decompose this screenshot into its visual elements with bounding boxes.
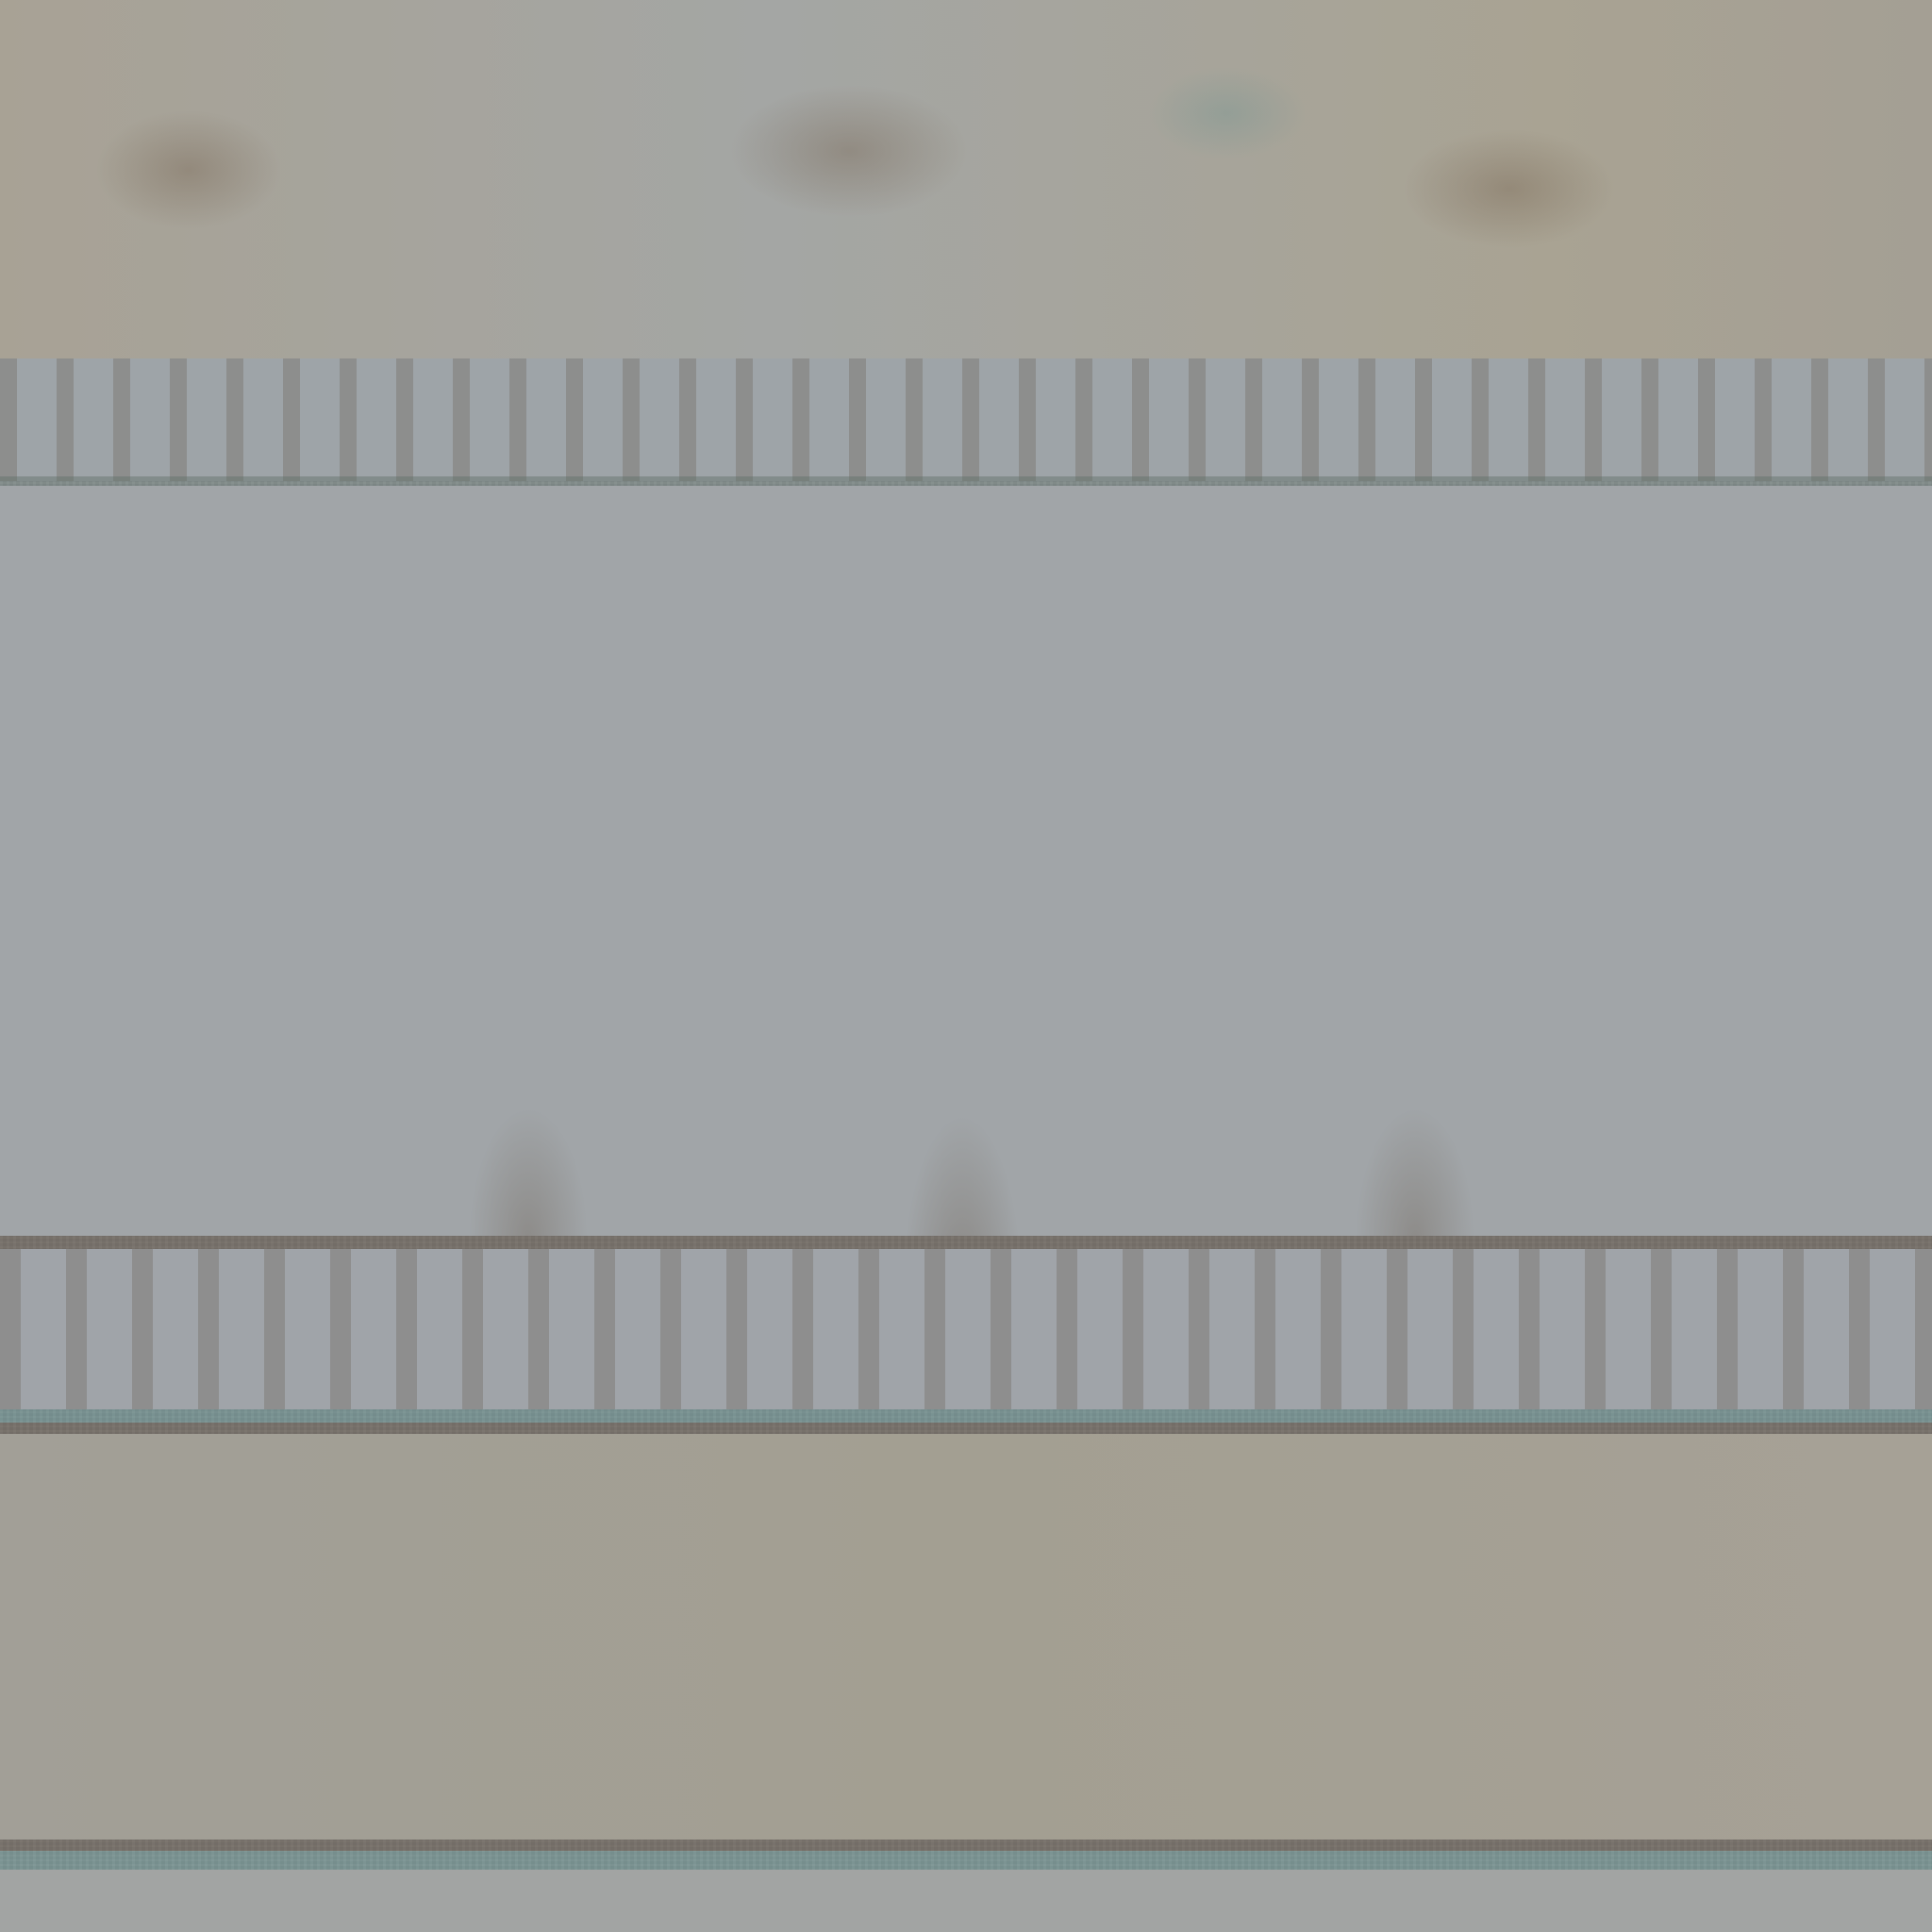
rug-photo	[0, 0, 1932, 1932]
rug-edge	[0, 1870, 1932, 1932]
bottom-border-band	[0, 1434, 1932, 1840]
divider-line	[0, 476, 1932, 486]
main-field	[0, 486, 1932, 1236]
divider-line	[0, 1840, 1932, 1851]
top-border-band	[0, 0, 1932, 358]
lower-guard-stripe	[0, 1249, 1932, 1409]
teal-divider-line	[0, 1851, 1932, 1870]
upper-guard-stripe	[0, 358, 1932, 481]
divider-line	[0, 1423, 1932, 1434]
divider-line	[0, 1236, 1932, 1249]
teal-divider-line	[0, 1409, 1932, 1423]
